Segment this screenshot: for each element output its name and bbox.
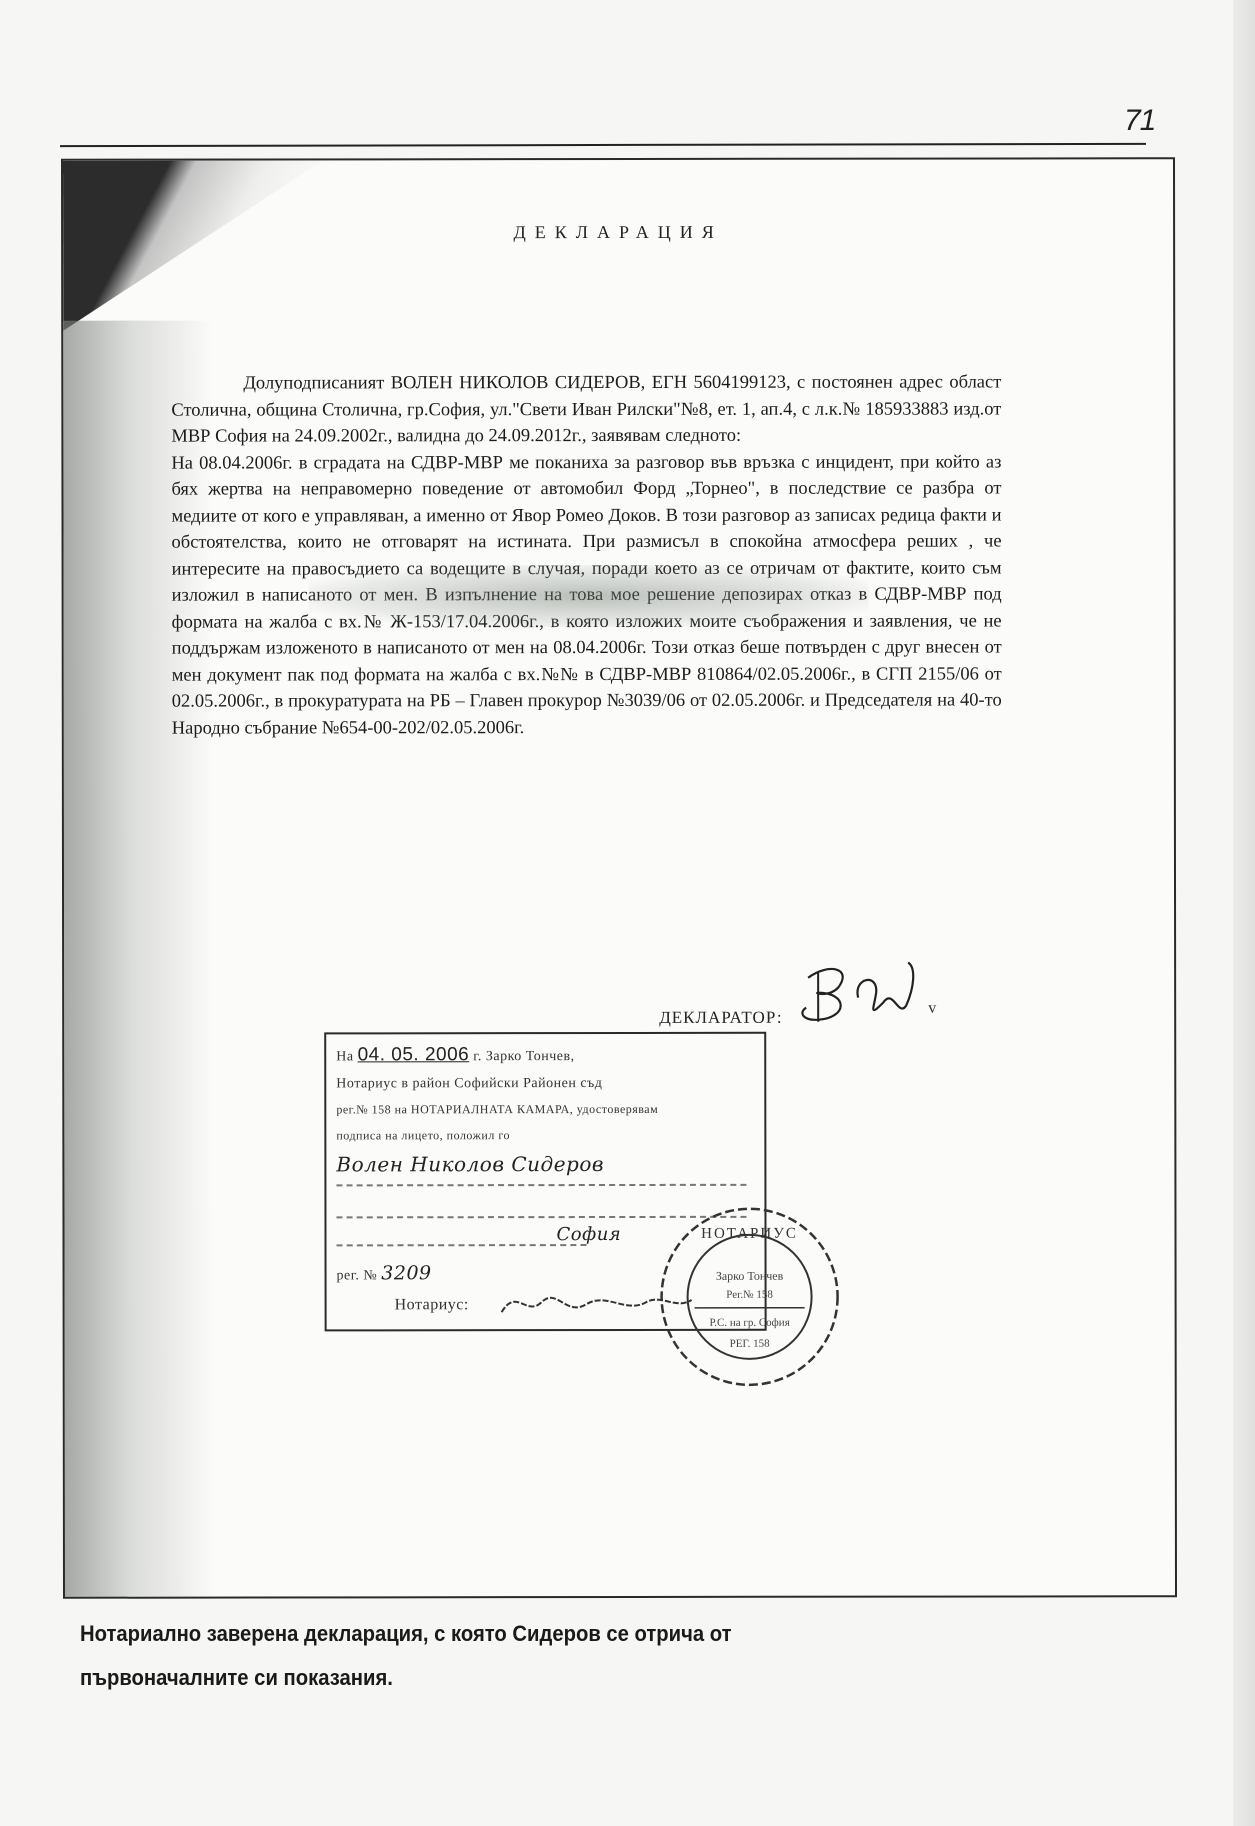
dotted-line [337, 1244, 587, 1246]
reg-prefix: рег. № [337, 1268, 378, 1283]
notary-district-text: Нотариус в район Софийски Районен съд [336, 1076, 602, 1092]
notary-registration-text: рег.№ 158 на НОТАРИАЛНАТА КАМАРА, удосто… [336, 1102, 658, 1117]
svg-text:РЕГ. 158: РЕГ. 158 [730, 1338, 770, 1350]
declaration-intro-paragraph: Долуподписаният ВОЛЕН НИКОЛОВ СИДЕРОВ, Е… [171, 369, 1001, 450]
notary-label: Нотариус: [395, 1296, 469, 1314]
svg-text:НОТАРИУС: НОТАРИУС [701, 1226, 798, 1242]
notary-certifies-text: подписа на лицето, положил го [336, 1128, 510, 1143]
scanned-declaration-image: ДЕКЛАРАЦИЯ Долуподписаният ВОЛЕН НИКОЛОВ… [61, 157, 1177, 1599]
declarant-signature-icon: v [789, 958, 949, 1028]
notary-name-text: г. Зарко Тончев, [473, 1049, 574, 1064]
caption-line-1: Нотариално заверена декларация, с която … [80, 1612, 1000, 1656]
declarant-label: ДЕКЛАРАТОР: [659, 1008, 782, 1028]
header-rule [60, 143, 1146, 147]
page-edge-shadow [1233, 0, 1255, 1826]
svg-text:Рег.№ 158: Рег.№ 158 [726, 1289, 773, 1301]
declaration-title: ДЕКЛАРАЦИЯ [63, 221, 1173, 244]
date-prefix: На [336, 1049, 353, 1064]
place-handwritten: София [556, 1224, 621, 1245]
declaration-body: Долуподписаният ВОЛЕН НИКОЛОВ СИДЕРОВ, Е… [171, 369, 1002, 741]
page-number: 71 [1124, 104, 1155, 138]
notary-date-handwritten: 04. 05. 2006 [358, 1044, 470, 1065]
figure-caption: Нотариално заверена декларация, с която … [80, 1612, 1000, 1700]
svg-text:Зарко Тончев: Зарко Тончев [716, 1269, 784, 1283]
declarant-signature-line: ДЕКЛАРАТОР: v [659, 958, 949, 1028]
svg-text:Р.С. на гр. София: Р.С. на гр. София [709, 1317, 789, 1329]
declaration-main-paragraph: На 08.04.2006г. в сградата на СДВР-МВР м… [171, 449, 1001, 742]
reg-number-row: рег. № 3209 [337, 1262, 432, 1284]
notary-date-row: На 04. 05. 2006 г. Зарко Тончев, [336, 1044, 574, 1066]
svg-text:v: v [929, 1000, 937, 1017]
notary-stamp-icon: НОТАРИУС Зарко Тончев Рег.№ 158 Р.С. на … [654, 1202, 844, 1392]
dotted-line [336, 1184, 746, 1187]
reg-number-handwritten: 3209 [381, 1262, 431, 1284]
signer-name-handwritten: Волен Николов Сидеров [336, 1152, 604, 1176]
caption-line-2: първоначалните си показания. [80, 1656, 1000, 1700]
